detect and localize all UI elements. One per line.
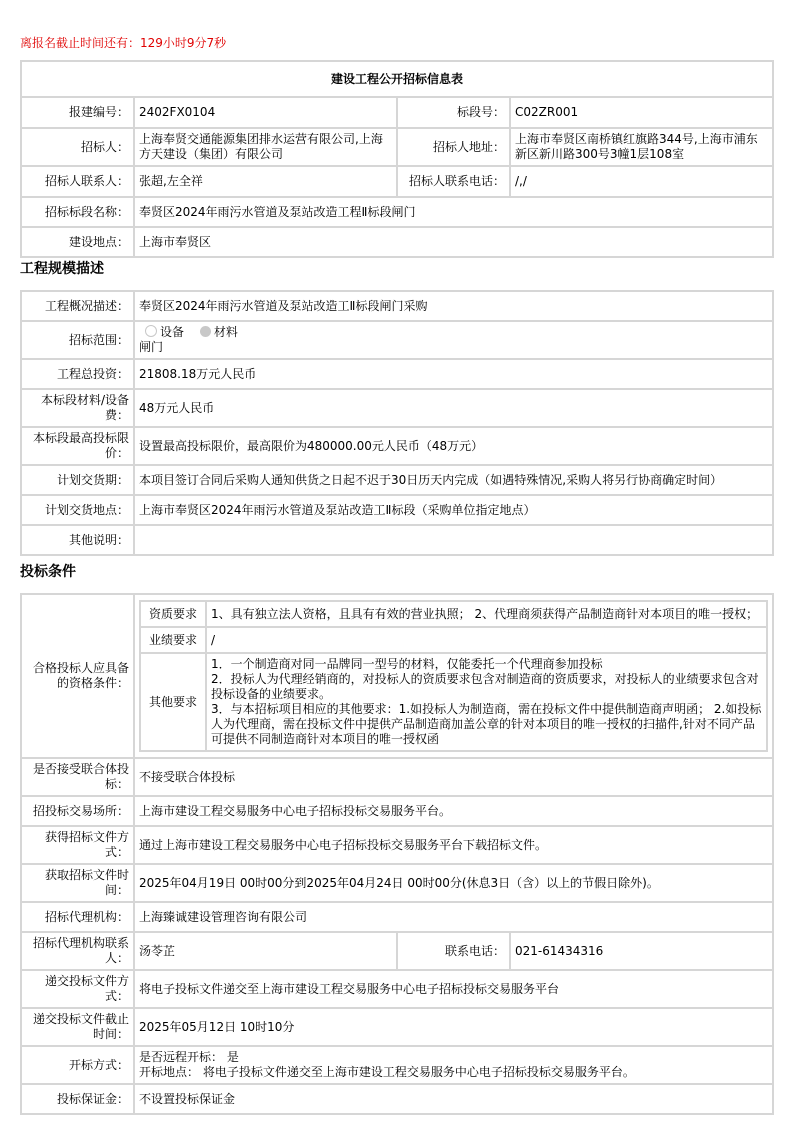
- scale-table: 工程概况描述： 奉贤区2024年雨污水管道及泵站改造工Ⅱ标段闸门采购 招标范围：…: [20, 290, 774, 556]
- location-label: 建设地点：: [21, 227, 134, 257]
- investment-value: 21808.18万元人民币: [134, 359, 773, 389]
- overview-value: 奉贤区2024年雨污水管道及泵站改造工Ⅱ标段闸门采购: [134, 291, 773, 321]
- tender-info-table: 建设工程公开招标信息表 报建编号： 2402FX0104 标段号： C02ZR0…: [20, 60, 774, 258]
- page-title: 建设工程公开招标信息表: [21, 61, 773, 97]
- joint-bid-label: 是否接受联合体投标：: [21, 758, 134, 796]
- get-doc-time-label: 获取招标文件时间：: [21, 864, 134, 902]
- other-req-item: 1．一个制造商对同一品牌同一型号的材料，仅能委托一个代理商参加投标: [211, 657, 762, 672]
- scale-heading: 工程规模描述: [20, 258, 104, 278]
- section-name-value: 奉贤区2024年雨污水管道及泵站改造工程Ⅱ标段闸门: [134, 197, 773, 227]
- venue-value: 上海市建设工程交易服务中心电子招标投标交易服务平台。: [134, 796, 773, 826]
- phone-label: 招标人联系电话：: [397, 166, 510, 197]
- scope-detail: 闸门: [139, 340, 768, 355]
- phone-value: /,/: [510, 166, 773, 197]
- contact-value: 张超,左全祥: [134, 166, 397, 197]
- max-price-value: 设置最高投标限价，最高限价为480000.00元人民币（48万元）: [134, 427, 773, 465]
- other-req-item: 2．投标人为代理经销商的，对投标人的资质要求包含对制造商的资质要求，对投标人的业…: [211, 672, 762, 702]
- report-no-label: 报建编号：: [21, 97, 134, 128]
- delivery-place-label: 计划交货地点：: [21, 495, 134, 525]
- agency-contact-label: 招标代理机构联系人：: [21, 932, 134, 970]
- scope-label: 招标范围：: [21, 321, 134, 359]
- material-fee-label: 本标段材料/设备费：: [21, 389, 134, 427]
- conditions-heading: 投标条件: [20, 561, 76, 581]
- agency-phone-label: 联系电话：: [397, 932, 510, 970]
- tenderer-value: 上海奉贤交通能源集团排水运营有限公司,上海方天建设（集团）有限公司: [134, 128, 397, 166]
- section-name-label: 招标标段名称：: [21, 197, 134, 227]
- get-doc-time-value: 2025年04月19日 00时00分到2025年04月24日 00时00分(休息…: [134, 864, 773, 902]
- other-notes-value: [134, 525, 773, 555]
- tenderer-address-label: 招标人地址：: [397, 128, 510, 166]
- other-req-value: 1．一个制造商对同一品牌同一型号的材料，仅能委托一个代理商参加投标 2．投标人为…: [206, 653, 767, 751]
- material-fee-value: 48万元人民币: [134, 389, 773, 427]
- perf-req-value: /: [206, 627, 767, 653]
- registration-countdown: 离报名截止时间还有：129小时9分7秒: [20, 34, 226, 51]
- deposit-value: 不设置投标保证金: [134, 1084, 773, 1114]
- perf-req-label: 业绩要求: [140, 627, 206, 653]
- tenderer-address-value: 上海市奉贤区南桥镇红旗路344号,上海市浦东新区新川路300号3幢1层108室: [510, 128, 773, 166]
- agency-label: 招标代理机构：: [21, 902, 134, 932]
- scope-option-equipment[interactable]: 设备: [145, 325, 184, 339]
- submit-deadline-label: 递交投标文件截止时间：: [21, 1008, 134, 1046]
- delivery-period-value: 本项目签订合同后采购人通知供货之日起不迟于30日历天内完成（如遇特殊情况,采购人…: [134, 465, 773, 495]
- deposit-label: 投标保证金：: [21, 1084, 134, 1114]
- joint-bid-value: 不接受联合体投标: [134, 758, 773, 796]
- agency-phone-value: 021-61434316: [510, 932, 773, 970]
- qualification-subtable: 资质要求 1、具有独立法人资格，且具有有效的营业执照； 2、代理商须获得产品制造…: [139, 600, 768, 752]
- qualification-label: 合格投标人应具备的资格条件：: [21, 594, 134, 758]
- get-doc-way-value: 通过上海市建设工程交易服务中心电子招标投标交易服务平台下载招标文件。: [134, 826, 773, 864]
- qual-req-label: 资质要求: [140, 601, 206, 627]
- scope-option-material[interactable]: 材料: [200, 325, 238, 339]
- delivery-period-label: 计划交货期：: [21, 465, 134, 495]
- tenderer-label: 招标人：: [21, 128, 134, 166]
- overview-label: 工程概况描述：: [21, 291, 134, 321]
- section-no-value: C02ZR001: [510, 97, 773, 128]
- submit-way-label: 递交投标文件方式：: [21, 970, 134, 1008]
- delivery-place-value: 上海市奉贤区2024年雨污水管道及泵站改造工Ⅱ标段（采购单位指定地点）: [134, 495, 773, 525]
- section-no-label: 标段号：: [397, 97, 510, 128]
- report-no-value: 2402FX0104: [134, 97, 397, 128]
- get-doc-way-label: 获得招标文件方式：: [21, 826, 134, 864]
- other-req-item: 3．与本招标项目相应的其他要求：1.如投标人为制造商，需在投标文件中提供制造商声…: [211, 702, 762, 747]
- opening-label: 开标方式：: [21, 1046, 134, 1084]
- other-req-label: 其他要求: [140, 653, 206, 751]
- opening-place: 开标地点： 将电子投标文件递交至上海市建设工程交易服务中心电子招标投标交易服务平…: [139, 1065, 768, 1080]
- submit-way-value: 将电子投标文件递交至上海市建设工程交易服务中心电子招标投标交易服务平台: [134, 970, 773, 1008]
- other-notes-label: 其他说明：: [21, 525, 134, 555]
- venue-label: 招投标交易场所：: [21, 796, 134, 826]
- agency-contact-value: 汤苓芷: [134, 932, 397, 970]
- submit-deadline-value: 2025年05月12日 10时10分: [134, 1008, 773, 1046]
- conditions-table: 合格投标人应具备的资格条件： 资质要求 1、具有独立法人资格，且具有有效的营业执…: [20, 593, 774, 1115]
- scope-value-cell: 设备 材料 闸门: [134, 321, 773, 359]
- agency-value: 上海臻诚建设管理咨询有限公司: [134, 902, 773, 932]
- max-price-label: 本标段最高投标限价：: [21, 427, 134, 465]
- investment-label: 工程总投资：: [21, 359, 134, 389]
- qual-req-value: 1、具有独立法人资格，且具有有效的营业执照； 2、代理商须获得产品制造商针对本项…: [206, 601, 767, 627]
- opening-value: 是否远程开标： 是 开标地点： 将电子投标文件递交至上海市建设工程交易服务中心电…: [134, 1046, 773, 1084]
- opening-remote: 是否远程开标： 是: [139, 1050, 768, 1065]
- radio-unselected-icon[interactable]: [145, 325, 157, 337]
- contact-label: 招标人联系人：: [21, 166, 134, 197]
- radio-selected-icon[interactable]: [200, 326, 211, 337]
- location-value: 上海市奉贤区: [134, 227, 773, 257]
